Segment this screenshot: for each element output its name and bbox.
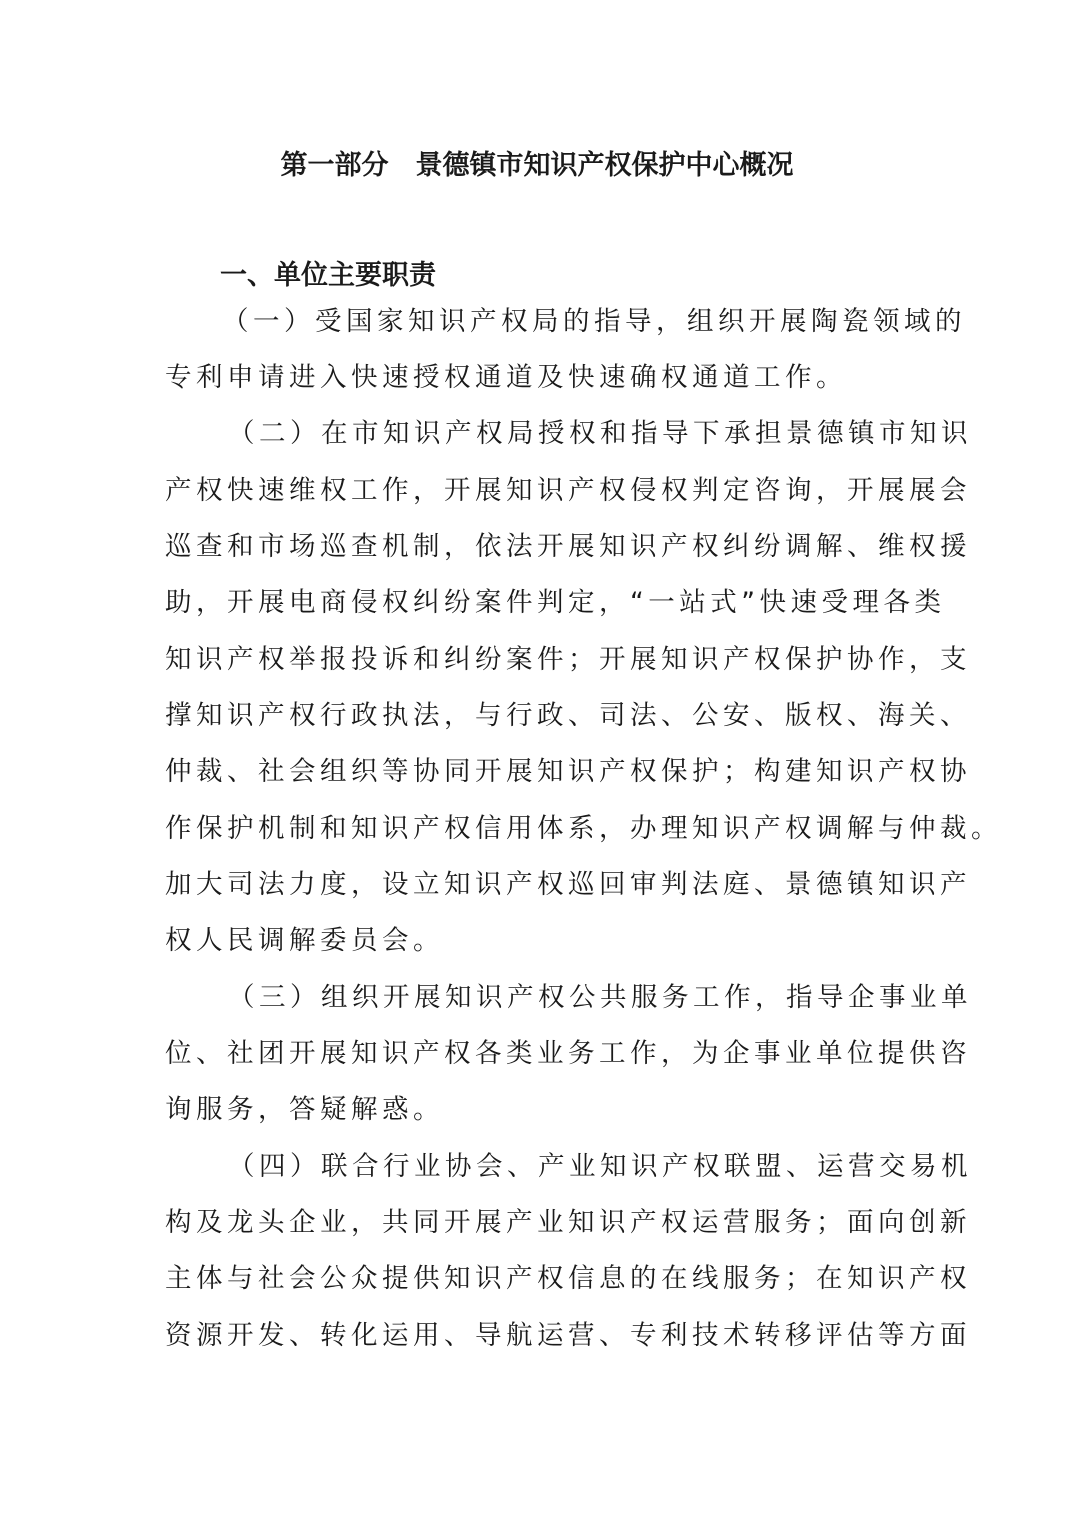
paragraph-2-line-5: 知识产权举报投诉和纠纷案件；开展知识产权保护协作，支	[165, 640, 925, 680]
section-heading: 一、单位主要职责	[220, 253, 436, 292]
paragraph-2-line-4: 助，开展电商侵权纠纷案件判定，“一站式”快速受理各类	[165, 583, 925, 623]
paragraph-4-line-4: 资源开发、转化运用、导航运营、专利技术转移评估等方面	[165, 1316, 925, 1356]
paragraph-2-line-8: 作保护机制和知识产权信用体系，办理知识产权调解与仲裁。	[165, 809, 925, 849]
page-title: 第一部分 景德镇市知识产权保护中心概况	[0, 143, 1074, 182]
paragraph-2-line-7: 仲裁、社会组织等协同开展知识产权保护；构建知识产权协	[165, 752, 925, 792]
paragraph-4-line-1: （四）联合行业协会、产业知识产权联盟、运营交易机	[228, 1147, 988, 1187]
paragraph-2-line-2: 产权快速维权工作，开展知识产权侵权判定咨询，开展展会	[165, 471, 925, 511]
paragraph-2-line-3: 巡查和市场巡查机制，依法开展知识产权纠纷调解、维权援	[165, 527, 925, 567]
paragraph-2-line-6: 撑知识产权行政执法，与行政、司法、公安、版权、海关、	[165, 696, 925, 736]
paragraph-4-line-2: 构及龙头企业，共同开展产业知识产权运营服务；面向创新	[165, 1203, 925, 1243]
paragraph-3-line-3: 询服务，答疑解惑。	[165, 1090, 925, 1130]
paragraph-2-line-1: （二）在市知识产权局授权和指导下承担景德镇市知识	[228, 414, 988, 454]
paragraph-1-line-1: （一）受国家知识产权局的指导，组织开展陶瓷领域的	[222, 302, 982, 342]
paragraph-3-line-2: 位、社团开展知识产权各类业务工作，为企事业单位提供咨	[165, 1034, 925, 1074]
paragraph-4-line-3: 主体与社会公众提供知识产权信息的在线服务；在知识产权	[165, 1259, 925, 1299]
document-page: 第一部分 景德镇市知识产权保护中心概况 一、单位主要职责 （一）受国家知识产权局…	[0, 0, 1074, 1520]
paragraph-1-line-2: 专利申请进入快速授权通道及快速确权通道工作。	[165, 358, 925, 398]
paragraph-2-line-9: 加大司法力度，设立知识产权巡回审判法庭、景德镇知识产	[165, 865, 925, 905]
paragraph-2-line-10: 权人民调解委员会。	[165, 921, 925, 961]
paragraph-3-line-1: （三）组织开展知识产权公共服务工作，指导企事业单	[228, 978, 988, 1018]
